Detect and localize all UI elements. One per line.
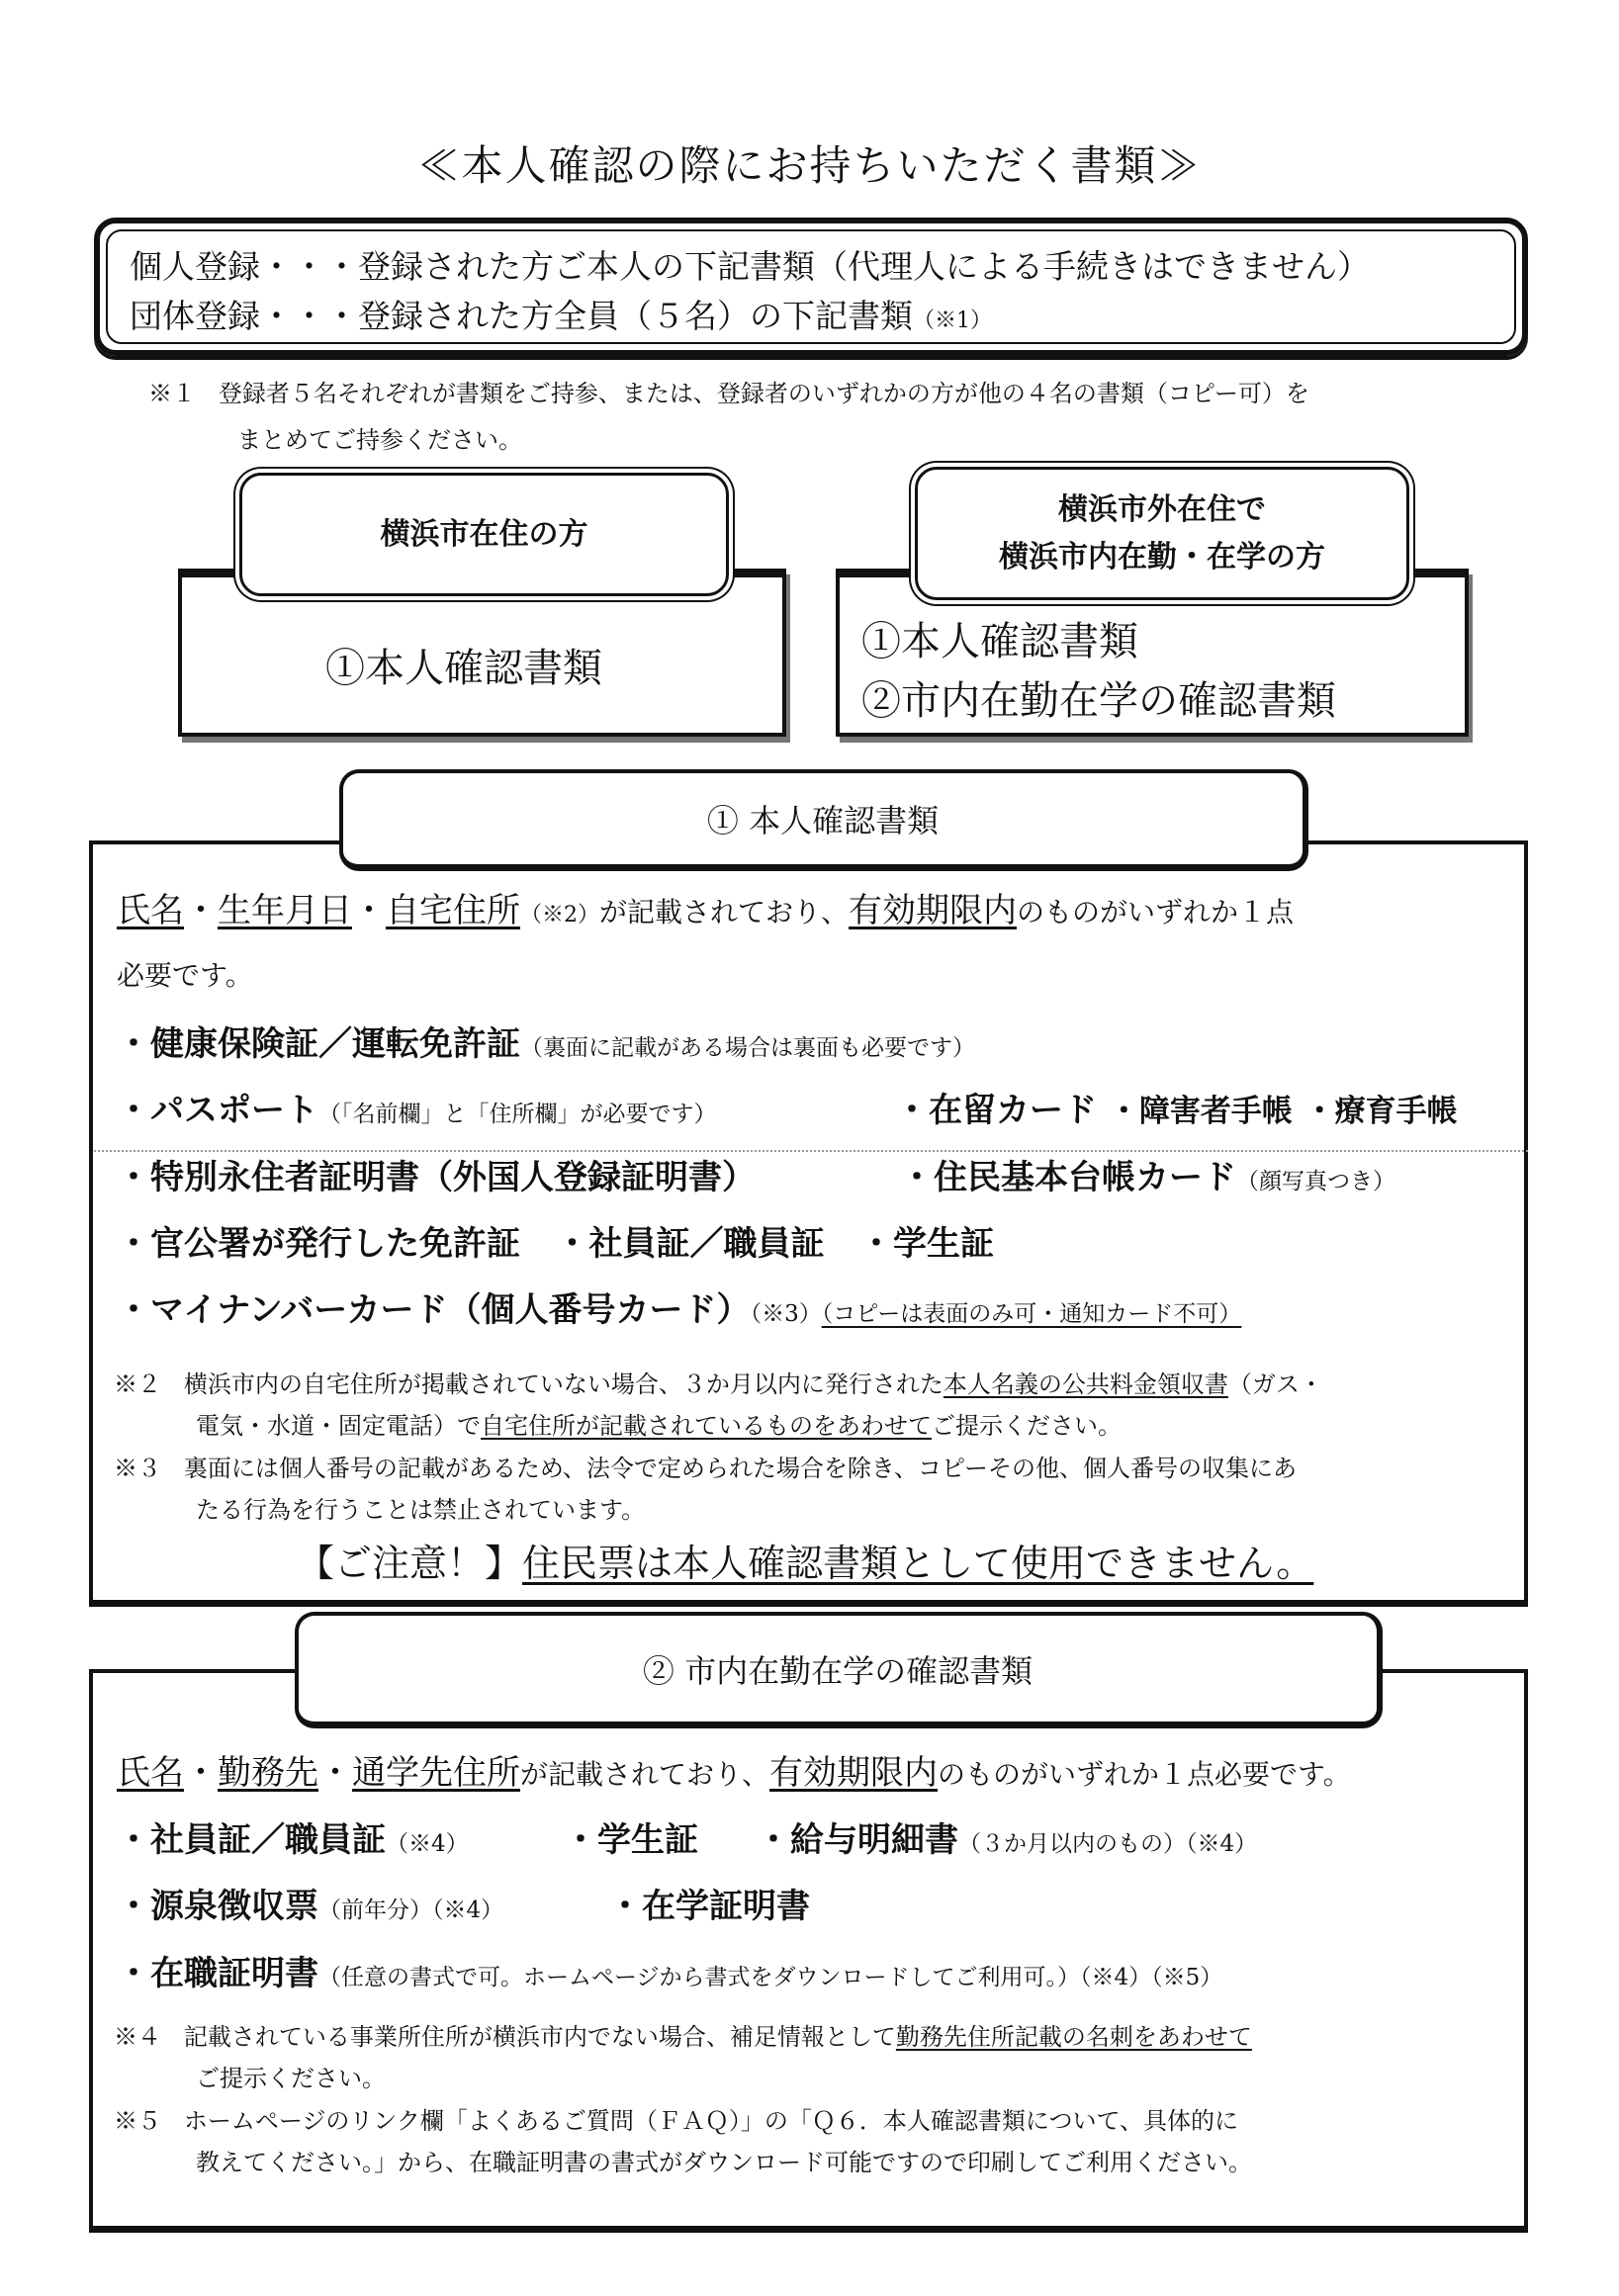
footnote-1-mark: ※１ bbox=[148, 380, 196, 407]
footnote-5-line2: 教えてください。」から、在職証明書の書式がダウンロード可能ですので印刷してご利用… bbox=[196, 2143, 1252, 2177]
section-2-tab: ② 市内在勤在学の確認書類 bbox=[295, 1612, 1383, 1728]
category-item: ②市内在勤在学の確認書類 bbox=[861, 669, 1336, 726]
document-list-item: ・健康保険証／運転免許証（裏面に記載がある場合は裏面も必要です） bbox=[117, 1016, 975, 1065]
category-tab-label: 横浜市内在勤・在学の方 bbox=[999, 534, 1325, 581]
individual-label: 個人登録・・・ bbox=[130, 247, 358, 286]
page-title: ≪本人確認の際にお持ちいただく書類≫ bbox=[0, 133, 1619, 193]
footnote-4-line1: ※４ 記載されている事業所住所が横浜市内でない場合、補足情報として勤務先住所記載… bbox=[114, 2017, 1252, 2052]
document-list-item: ・特別永住者証明書（外国人登録証明書） bbox=[117, 1150, 756, 1198]
footnote-3-line2: たる行為を行うことは禁止されています。 bbox=[196, 1490, 645, 1525]
warning-text: 住民票は本人確認書類として使用できません。 bbox=[522, 1542, 1313, 1585]
warning-prefix: 【ご注意！】 bbox=[297, 1542, 522, 1585]
group-registration-line: 団体登録・・・登録された方全員（５名）の下記書類（※1） bbox=[130, 291, 992, 337]
document-list-item: ・在留カード ・障害者手帳 ・療育手帳 bbox=[895, 1083, 1458, 1131]
category-tab-commuters: 横浜市外在住で 横浜市内在勤・在学の方 bbox=[915, 467, 1409, 600]
document-list-item: ・在職証明書（任意の書式で可。ホームページから書式をダウンロードしてご利用可。）… bbox=[117, 1946, 1222, 1994]
section-2-intro: 氏名・勤務先・通学先住所が記載されており、有効期限内のものがいずれか１点必要です… bbox=[117, 1745, 1351, 1794]
section-1-title: ① 本人確認書類 bbox=[707, 796, 939, 841]
footnote-2-line1: ※２ 横浜市内の自宅住所が掲載されていない場合、３か月以内に発行された本人名義の… bbox=[114, 1365, 1323, 1399]
footnote-2-line2: 電気・水道・固定電話）で自宅住所が記載されているものをあわせてご提示ください。 bbox=[196, 1406, 1122, 1441]
document-list-item: ・学生証 bbox=[564, 1812, 698, 1861]
section-2-title: ② 市内在勤在学の確認書類 bbox=[643, 1646, 1033, 1692]
document-list-item: ・給与明細書（３か月以内のもの）（※4） bbox=[757, 1812, 1257, 1861]
category-tab-label: 横浜市外在住で bbox=[1058, 486, 1266, 534]
category-item: ①本人確認書類 bbox=[861, 610, 1138, 666]
registration-box: 個人登録・・・登録された方ご本人の下記書類（代理人による手続きはできません） 団… bbox=[94, 218, 1528, 356]
category-tab-residents: 横浜市在住の方 bbox=[239, 473, 729, 596]
document-list-item: ・源泉徴収票（前年分）（※4） bbox=[117, 1879, 503, 1927]
section-1-tab: ① 本人確認書類 bbox=[339, 769, 1308, 871]
document-list-item: ・パスポート（「名前欄」と「住所欄」が必要です） bbox=[117, 1083, 717, 1131]
individual-registration-line: 個人登録・・・登録された方ご本人の下記書類（代理人による手続きはできません） bbox=[130, 241, 1370, 288]
document-list-item: ・マイナンバーカード（個人番号カード）（※3）（コピーは表面のみ可・通知カード不… bbox=[117, 1282, 1241, 1331]
footnote-4-line2: ご提示ください。 bbox=[196, 2059, 386, 2093]
group-note-ref: （※1） bbox=[913, 309, 992, 333]
group-label: 団体登録・・・ bbox=[130, 297, 358, 335]
document-list-item: ・官公署が発行した免許証 ・社員証／職員証 ・学生証 bbox=[117, 1216, 994, 1265]
document-list-item: ・社員証／職員証（※4） bbox=[117, 1812, 469, 1861]
category-tab-label: 横浜市在住の方 bbox=[381, 511, 588, 559]
individual-text: 登録された方ご本人の下記書類（代理人による手続きはできません） bbox=[358, 247, 1370, 286]
footnote-1-line2: まとめてご持参ください。 bbox=[237, 420, 522, 455]
footnote-5-line1: ※５ ホームページのリンク欄「よくあるご質問（ＦＡＱ）」の「Ｑ６．本人確認書類に… bbox=[114, 2101, 1238, 2136]
warning-notice: 【ご注意！】住民票は本人確認書類として使用できません。 bbox=[297, 1533, 1313, 1587]
footnote-3-line1: ※３ 裏面には個人番号の記載があるため、法令で定められた場合を除き、コピーその他… bbox=[114, 1449, 1297, 1483]
group-text: 登録された方全員（５名）の下記書類 bbox=[358, 297, 913, 335]
document-list-item: ・在学証明書 bbox=[608, 1879, 810, 1927]
footnote-1-line1: ※１ 登録者５名それぞれが書類をご持参、または、登録者のいずれかの方が他の４名の… bbox=[148, 374, 1309, 408]
section-1-intro-line1: 氏名・生年月日・自宅住所（※2）が記載されており、有効期限内のものがいずれか１点 bbox=[117, 883, 1294, 931]
category-item: ①本人確認書類 bbox=[325, 637, 602, 693]
section-1-intro-line2: 必要です。 bbox=[117, 954, 253, 994]
document-list-item: ・住民基本台帳カード（顔写真つき） bbox=[900, 1150, 1395, 1198]
